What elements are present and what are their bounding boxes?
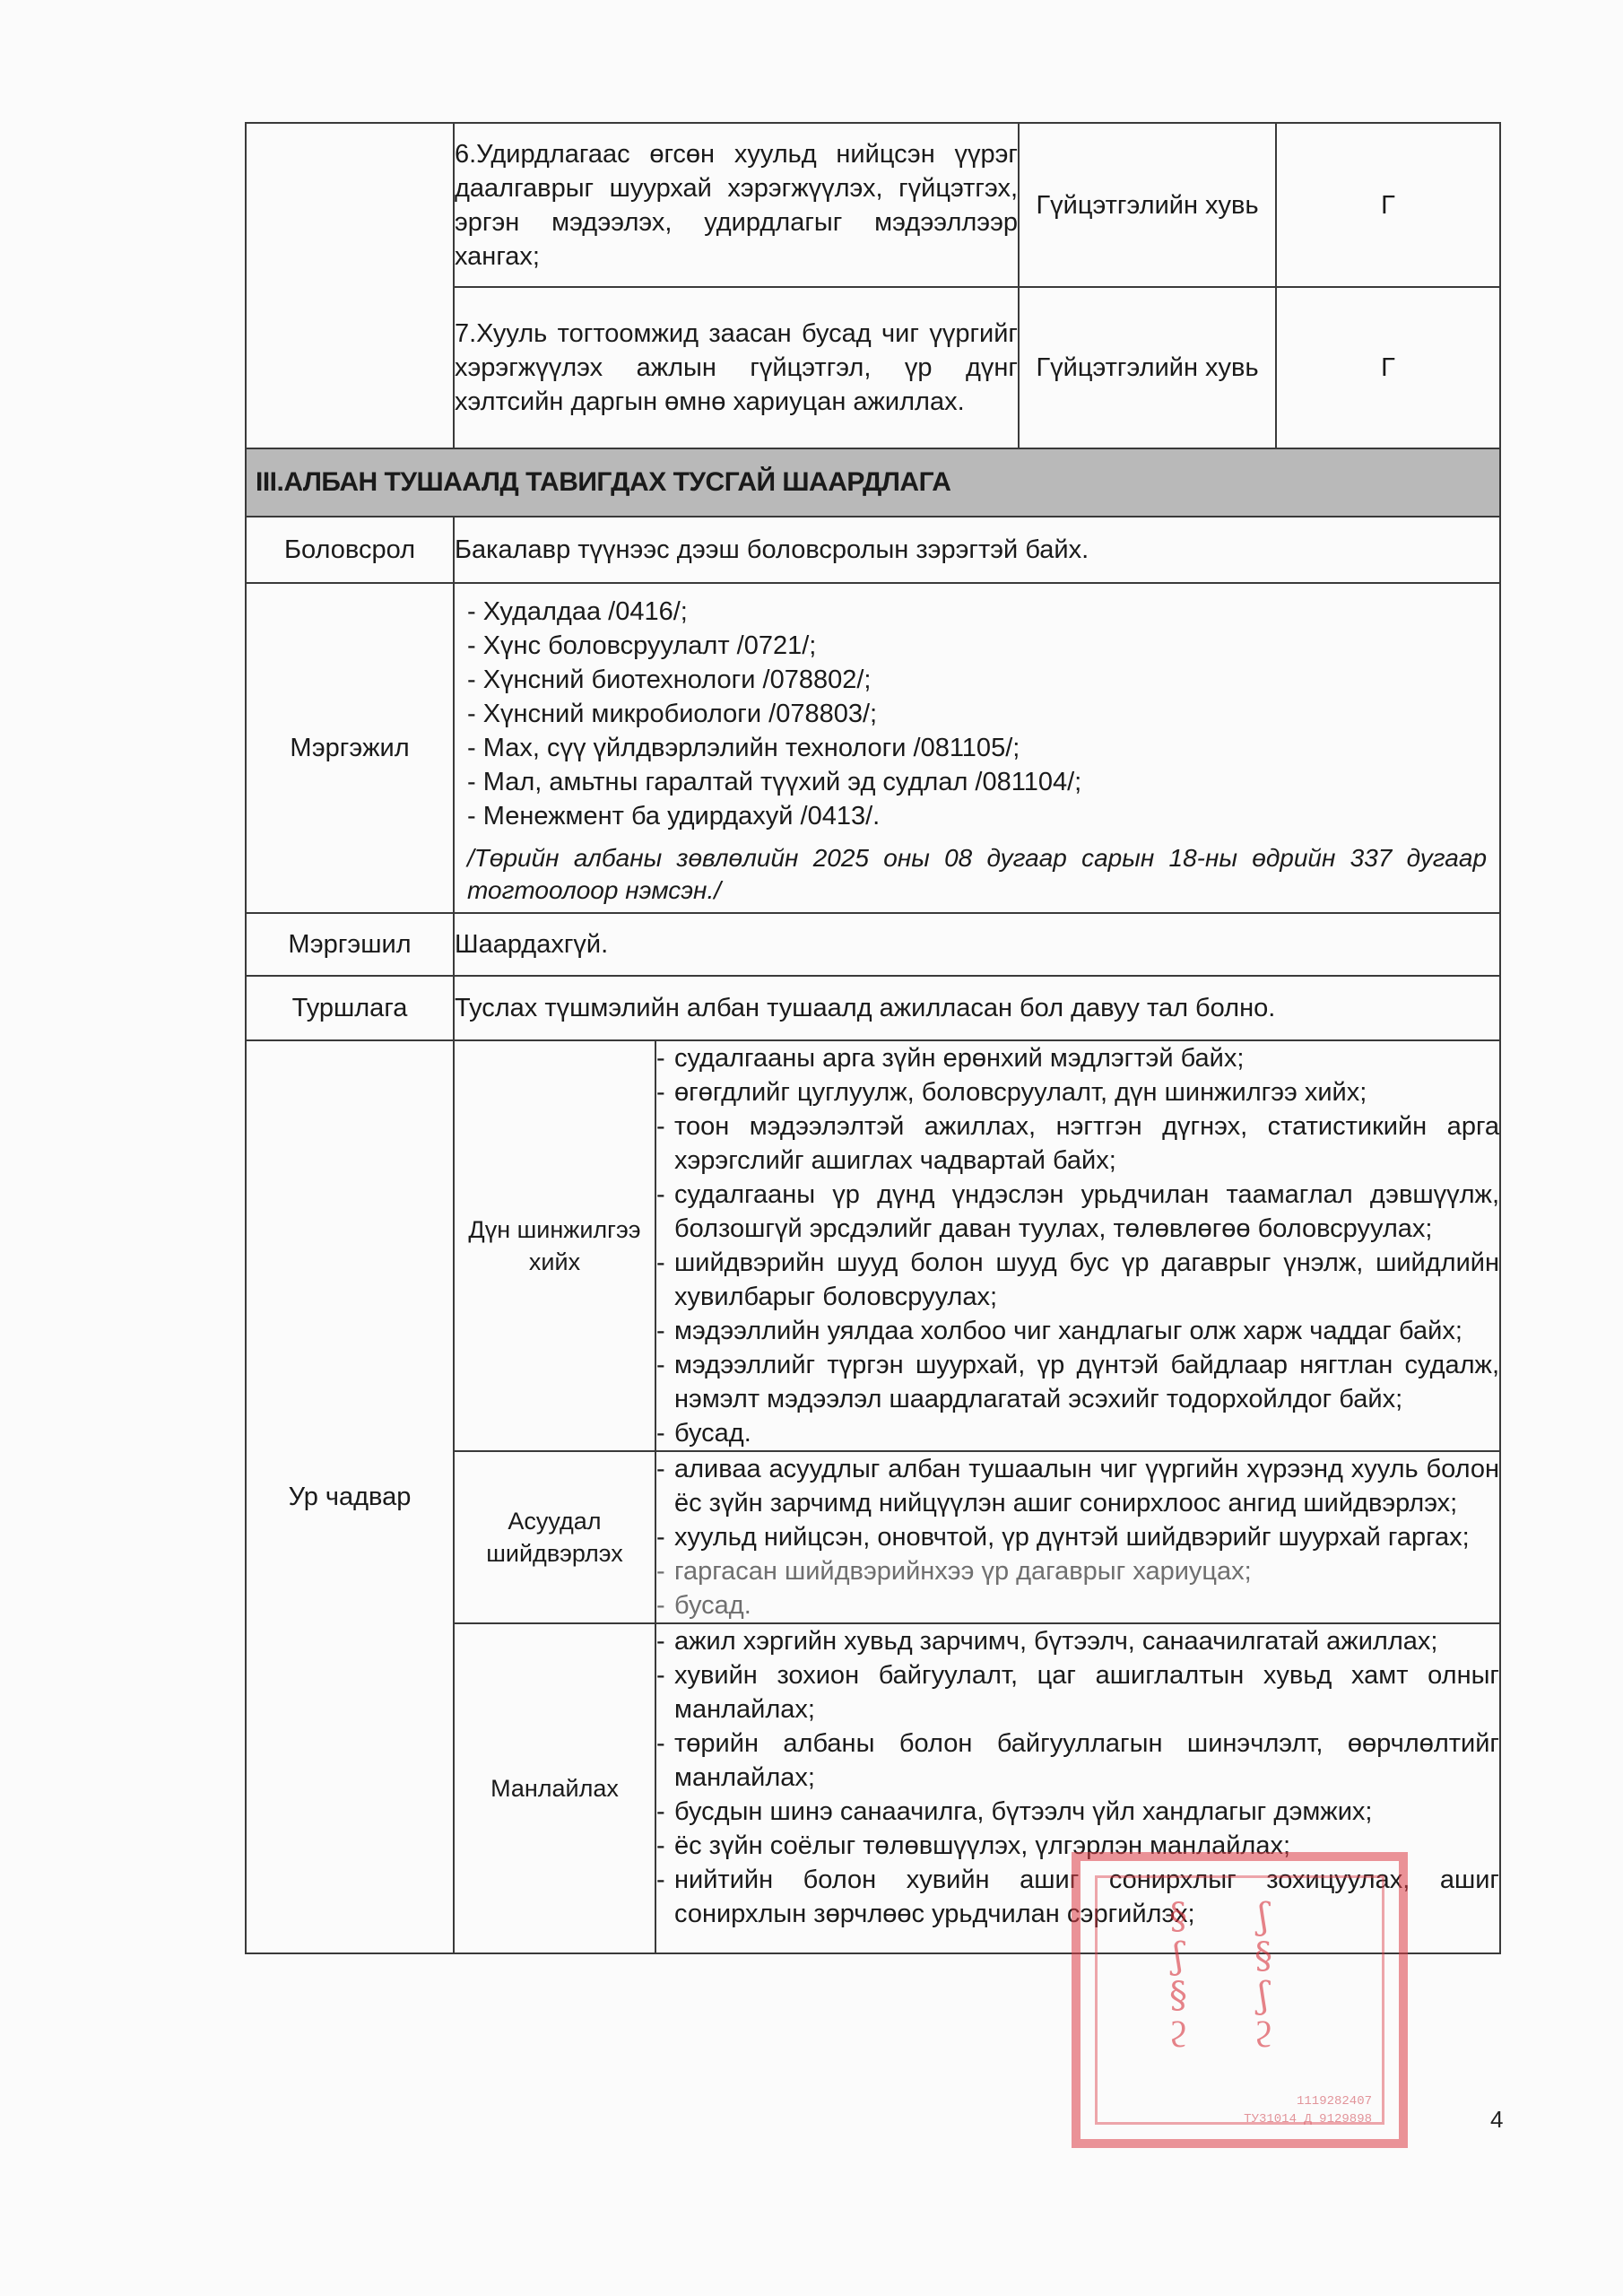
skill-group-label: Дүн шинжилгээ хийх [454,1040,655,1451]
profession-row: Мэргэжил - Худалдаа /0416/; - Хүнс болов… [246,583,1500,913]
skill-list: аливаа асуудлыг албан тушаалын чиг үүрги… [656,1452,1499,1622]
skill-item: судалгааны үр дүнд үндэслэн урьдчилан та… [656,1178,1499,1246]
duty-text: 6.Удирдлагаас өгсөн хуульд нийцсэн үүрэг… [454,123,1019,287]
education-label: Боловсрол [246,517,454,583]
duty-code: Г [1276,287,1500,448]
skill-item: өгөгдлийг цуглуулж, боловсруулалт, дүн ш… [656,1075,1499,1109]
section-header-row: III.АЛБАН ТУШААЛД ТАВИГДАХ ТУСГАЙ ШААРДЛ… [246,448,1500,517]
empty-cell [246,123,454,448]
experience-label: Туршлага [246,976,454,1040]
profession-item: - Хүнсний микробиологи /078803/; [467,697,1487,731]
skill-group-label: Манлайлах [454,1623,655,1953]
skill-item: тоон мэдээлэлтэй ажиллах, нэгтгэн дүгнэх… [656,1109,1499,1178]
skill-item: мэдээллийн уялдаа холбоо чиг хандлагыг о… [656,1314,1499,1348]
page-number: 4 [1490,2106,1503,2134]
skill-item: хуульд нийцсэн, оновчтой, үр дүнтэй шийд… [656,1520,1499,1554]
profession-item: - Мал, амьтны гаралтай түүхий эд судлал … [467,765,1487,799]
skill-item: төрийн албаны болон байгууллагын шинэчлэ… [656,1726,1499,1795]
skill-item: гаргасан шийдвэрийнхээ үр дагаврыг хариу… [656,1554,1499,1588]
skills-label: Ур чадвар [246,1040,454,1953]
skill-item: нийтийн болон хувийн ашиг сонирхлыг зохи… [656,1863,1499,1931]
duty-text: 7.Хууль тогтоомжид заасан бусад чиг үүрг… [454,287,1019,448]
experience-value: Туслах түшмэлийн албан тушаалд ажилласан… [454,976,1500,1040]
profession-label: Мэргэжил [246,583,454,913]
profession-item: - Менежмент ба удирдахуй /0413/. [467,799,1487,833]
duty-type: Гүйцэтгэлийн хувь [1019,123,1276,287]
profession-item: - Хүнсний биотехнологи /078802/; [467,663,1487,697]
document-page: 6.Удирдлагаас өгсөн хуульд нийцсэн үүрэг… [0,0,1623,2296]
profession-list: - Худалдаа /0416/; - Хүнс боловсруулалт … [467,595,1487,833]
skill-item: бусад. [656,1588,1499,1622]
skill-item: шийдвэрийн шууд болон шууд бус үр дагавр… [656,1246,1499,1314]
profession-item: - Худалдаа /0416/; [467,595,1487,629]
duty-code: Г [1276,123,1500,287]
profession-item: - Мах, сүү үйлдвэрлэлийн технологи /0811… [467,731,1487,765]
education-row: Боловсрол Бакалавр түүнээс дээш боловсро… [246,517,1500,583]
skill-item: судалгааны арга зүйн ерөнхий мэдлэгтэй б… [656,1041,1499,1075]
specialization-row: Мэргэшил Шаардахгүй. [246,913,1500,976]
specialization-label: Мэргэшил [246,913,454,976]
profession-item: - Хүнс боловсруулалт /0721/; [467,629,1487,663]
skill-item: бусдын шинэ санаачилга, бүтээлч үйл ханд… [656,1795,1499,1829]
duty-row: 6.Удирдлагаас өгсөн хуульд нийцсэн үүрэг… [246,123,1500,287]
amendment-note: /Төрийн албаны зөвлөлийн 2025 оны 08 дуг… [467,842,1487,907]
education-value: Бакалавр түүнээс дээш боловсролын зэрэгт… [454,517,1500,583]
skill-group-label: Асуудал шийдвэрлэх [454,1451,655,1623]
job-description-table: 6.Удирдлагаас өгсөн хуульд нийцсэн үүрэг… [245,122,1501,1954]
skill-item: мэдээллийг түргэн шуурхай, үр дүнтэй бай… [656,1348,1499,1416]
skill-item: ажил хэргийн хувьд зарчимч, бүтээлч, сан… [656,1624,1499,1658]
skill-item: хувийн зохион байгуулалт, цаг ашиглалтын… [656,1658,1499,1726]
experience-row: Туршлага Туслах түшмэлийн албан тушаалд … [246,976,1500,1040]
duty-type: Гүйцэтгэлийн хувь [1019,287,1276,448]
skill-item: ёс зүйн соёлыг төлөвшүүлэх, үлгэрлэн ман… [656,1829,1499,1863]
section-title: III.АЛБАН ТУШААЛД ТАВИГДАХ ТУСГАЙ ШААРДЛ… [246,448,1500,517]
skill-item: аливаа асуудлыг албан тушаалын чиг үүрги… [656,1452,1499,1520]
seal-code: ТУ31014 Д 9129898 [1244,2112,1372,2126]
seal-code: 1119282407 [1297,2094,1372,2109]
skill-list: судалгааны арга зүйн ерөнхий мэдлэгтэй б… [656,1041,1499,1450]
specialization-value: Шаардахгүй. [454,913,1500,976]
skill-group-row: Ур чадвар Дүн шинжилгээ хийх судалгааны … [246,1040,1500,1451]
skill-list: ажил хэргийн хувьд зарчимч, бүтээлч, сан… [656,1624,1499,1931]
skill-item: бусад. [656,1416,1499,1450]
